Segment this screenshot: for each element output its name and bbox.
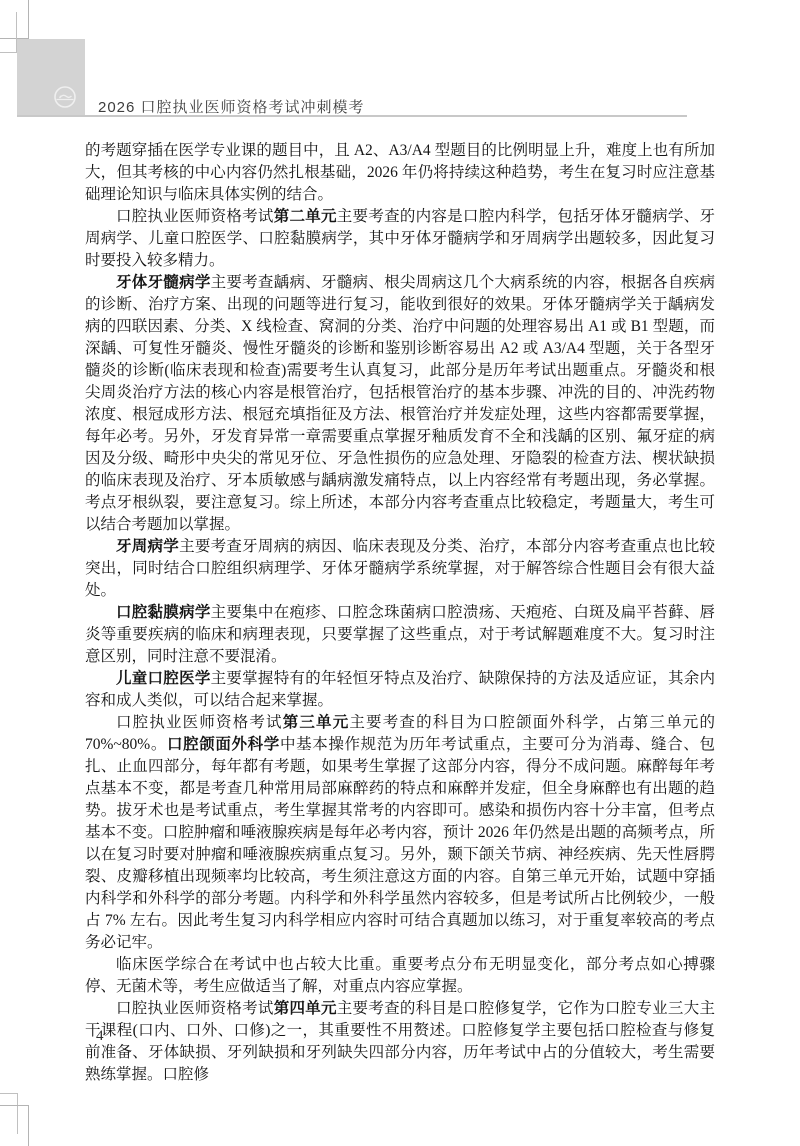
- bold-term: 儿童口腔医学: [116, 670, 211, 687]
- text-run: 主要考查龋病、牙髓病、根尖周病这几个大病系统的内容，根据各自疾病的诊断、治疗方案…: [85, 274, 715, 533]
- bold-term: 第四单元: [274, 1000, 337, 1017]
- body-paragraphs: 的考题穿插在医学专业课的题目中，且 A2、A3/A4 型题目的比例明显上升，难度…: [85, 140, 715, 1086]
- text-run: 的考题穿插在医学专业课的题目中，且 A2、A3/A4 型题目的比例明显上升，难度…: [85, 142, 715, 203]
- paragraph: 口腔黏膜病学主要集中在疱疹、口腔念珠菌病口腔溃疡、天疱疮、白斑及扁平苔藓、唇炎等…: [85, 602, 715, 668]
- paragraph: 牙体牙髓病学主要考查龋病、牙髓病、根尖周病这几个大病系统的内容，根据各自疾病的诊…: [85, 272, 715, 536]
- bold-term: 口腔颌面外科学: [167, 736, 280, 753]
- paragraph: 牙周病学主要考查牙周病的病因、临床表现及分类、治疗，本部分内容考查重点也比较突出…: [85, 536, 715, 602]
- book-page: 2026 口腔执业医师资格考试冲刺模考 的考题穿插在医学专业课的题目中，且 A2…: [0, 0, 800, 1146]
- running-head-title: 2026 口腔执业医师资格考试冲刺模考: [98, 96, 365, 117]
- text-run: 口腔执业医师资格考试: [116, 1000, 274, 1017]
- paragraph: 临床医学综合在考试中也占较大比重。重要考点分布无明显变化，部分考点如心搏骤停、无…: [85, 954, 715, 998]
- text-run: 口腔执业医师资格考试: [116, 208, 274, 225]
- text-run: 中基本操作规范为历年考试重点，主要可分为消毒、缝合、包扎、止血四部分，每年都有考…: [85, 736, 715, 951]
- text-run: 主要考查牙周病的病因、临床表现及分类、治疗，本部分内容考查重点也比较突出，同时结…: [85, 538, 715, 599]
- bold-term: 牙体牙髓病学: [116, 274, 211, 291]
- corner-mark-bottom-left-outer: [0, 1105, 29, 1146]
- header-divider: [17, 115, 687, 117]
- paragraph: 口腔执业医师资格考试第三单元主要考查的科目为口腔颌面外科学，占第三单元的70%~…: [85, 712, 715, 954]
- publisher-logo-icon: [53, 85, 77, 109]
- paragraph: 口腔执业医师资格考试第四单元主要考查的科目是口腔修复学，它作为口腔专业三大主干课…: [85, 998, 715, 1086]
- text-run: 临床医学综合在考试中也占较大比重。重要考点分布无明显变化，部分考点如心搏骤停、无…: [85, 956, 715, 995]
- bold-term: 牙周病学: [116, 538, 179, 555]
- text-run: 口腔执业医师资格考试: [116, 714, 283, 731]
- bold-term: 第二单元: [274, 208, 337, 225]
- paragraph: 的考题穿插在医学专业课的题目中，且 A2、A3/A4 型题目的比例明显上升，难度…: [85, 140, 715, 206]
- paragraph: 儿童口腔医学主要掌握特有的年轻恒牙特点及治疗、缺隙保持的方法及适应证，其余内容和…: [85, 668, 715, 712]
- bold-term: 口腔黏膜病学: [116, 604, 211, 621]
- paragraph: 口腔执业医师资格考试第二单元主要考查的内容是口腔内科学，包括牙体牙髓病学、牙周病…: [85, 206, 715, 272]
- header-logo-box: [17, 39, 85, 115]
- bold-term: 第三单元: [283, 714, 350, 731]
- corner-mark-top-left-inner: [0, 12, 17, 53]
- page-number: 4: [96, 1028, 104, 1045]
